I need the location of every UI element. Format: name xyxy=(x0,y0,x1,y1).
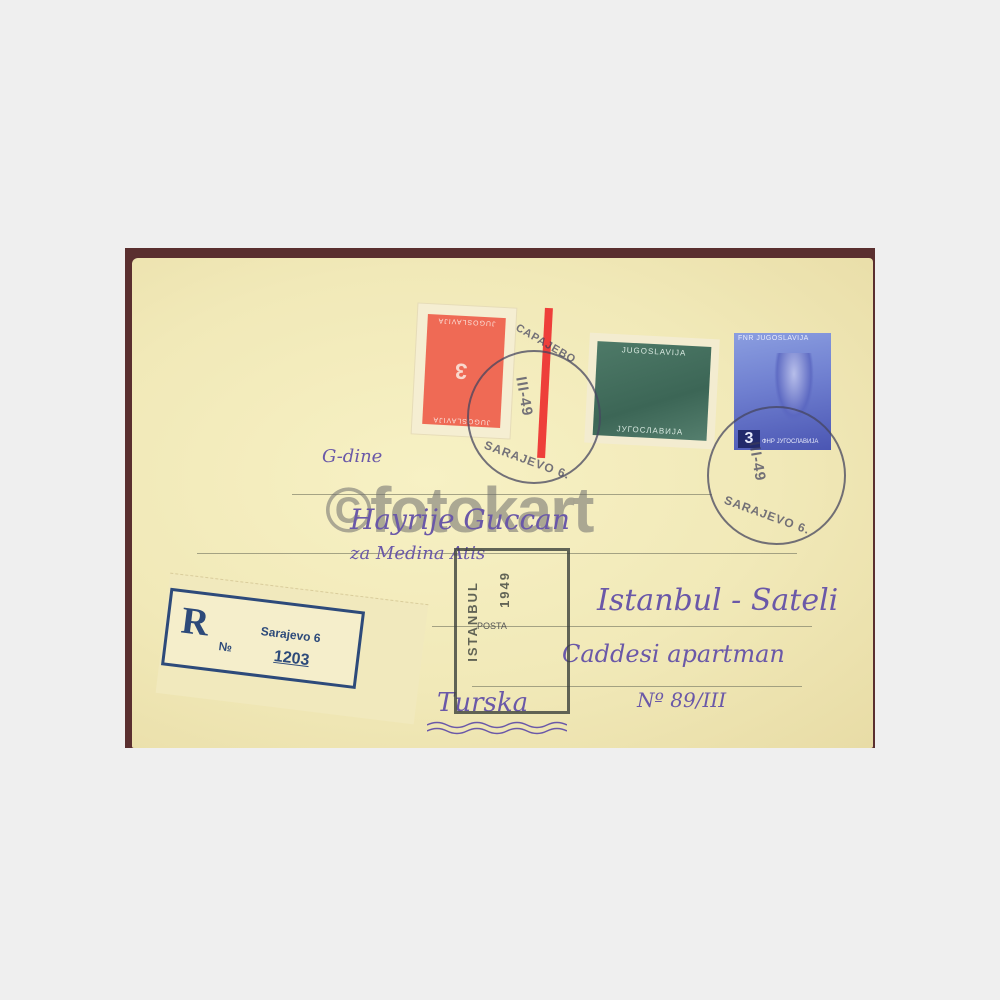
red-stamp-value: 3 xyxy=(454,358,468,385)
recipient-name: Hayrije Guccan xyxy=(350,503,570,536)
underline-wave xyxy=(427,720,567,736)
green-stamp-country: JUGOSLAVIJA xyxy=(597,344,711,359)
envelope: JUGOSLAVIJA 3 JUGOSLAVIJA JUGOSLAVIJA ЈУ… xyxy=(132,258,873,748)
green-stamp: JUGOSLAVIJA ЈУГОСЛАВИЈА xyxy=(584,333,720,450)
istanbul-posta: POSTA xyxy=(477,621,507,631)
red-stamp-country: JUGOSLAVIJA xyxy=(429,316,503,327)
city: Istanbul - Sateli xyxy=(597,583,838,618)
photo-frame: JUGOSLAVIJA 3 JUGOSLAVIJA JUGOSLAVIJA ЈУ… xyxy=(125,248,875,748)
registration-number: 1203 xyxy=(273,648,311,670)
registration-label: R Sarajevo 6 № 1203 xyxy=(156,573,429,725)
street: Caddesi apartman xyxy=(562,640,785,668)
salutation: G-dine xyxy=(322,446,382,467)
registration-no-sign: № xyxy=(218,639,233,655)
istanbul-date: 1949 xyxy=(497,571,512,608)
registration-letter: R xyxy=(179,599,212,646)
registration-box: R Sarajevo 6 № 1203 xyxy=(161,588,365,689)
istanbul-box-postmark: ISTANBUL 1949 POSTA xyxy=(454,548,570,714)
house-number: Nº 89/III xyxy=(637,688,726,712)
blue-stamp-country: FNR JUGOSLAVIJA xyxy=(738,335,809,342)
registration-office: Sarajevo 6 xyxy=(260,624,321,645)
green-stamp-country-cyrillic: ЈУГОСЛАВИЈА xyxy=(593,423,707,438)
